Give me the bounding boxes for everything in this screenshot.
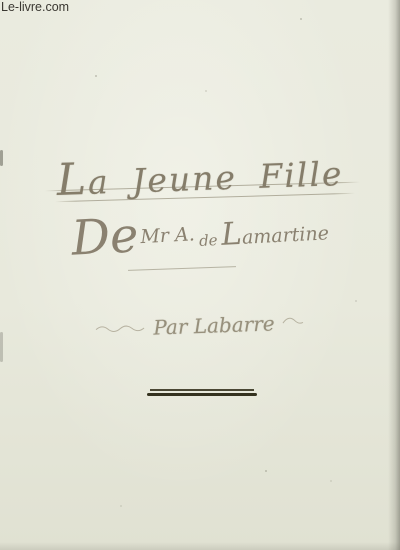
- paper-speck: [120, 505, 122, 507]
- paper-speck: [205, 90, 207, 92]
- paper-speck: [355, 300, 357, 302]
- double-rule: [147, 389, 257, 396]
- page-bottom-edge-shadow: [0, 542, 400, 550]
- dedication-lead: De: [70, 207, 140, 266]
- byline-text: Par Labarre: [153, 311, 275, 339]
- dedication-underline: [128, 266, 236, 271]
- page-right-edge-shadow: [388, 0, 400, 550]
- left-edge-mark: [0, 332, 3, 362]
- dedication-name: Lamartine: [220, 211, 329, 253]
- rule-top-line: [150, 389, 254, 391]
- site-watermark: Le-livre.com: [1, 0, 69, 14]
- paper-speck: [330, 480, 332, 482]
- left-edge-mark: [0, 150, 3, 166]
- paper-speck: [265, 470, 267, 472]
- handwritten-title: La Jeune Fille: [0, 143, 400, 208]
- handwritten-byline: Par Labarre: [0, 307, 400, 345]
- paper-speck: [95, 75, 97, 77]
- scanned-title-page: Le-livre.com La Jeune Fille DeMr A.deLam…: [0, 0, 400, 550]
- dedication-particle: de: [199, 231, 218, 250]
- lead-in-flourish-icon: [95, 322, 147, 334]
- dedication-honorific: Mr A.: [140, 223, 195, 248]
- tail-flourish-icon: [281, 314, 305, 327]
- handwritten-dedication: DeMr A.deLamartine: [0, 198, 400, 267]
- rule-bottom-line: [147, 393, 257, 397]
- paper-speck: [300, 18, 302, 20]
